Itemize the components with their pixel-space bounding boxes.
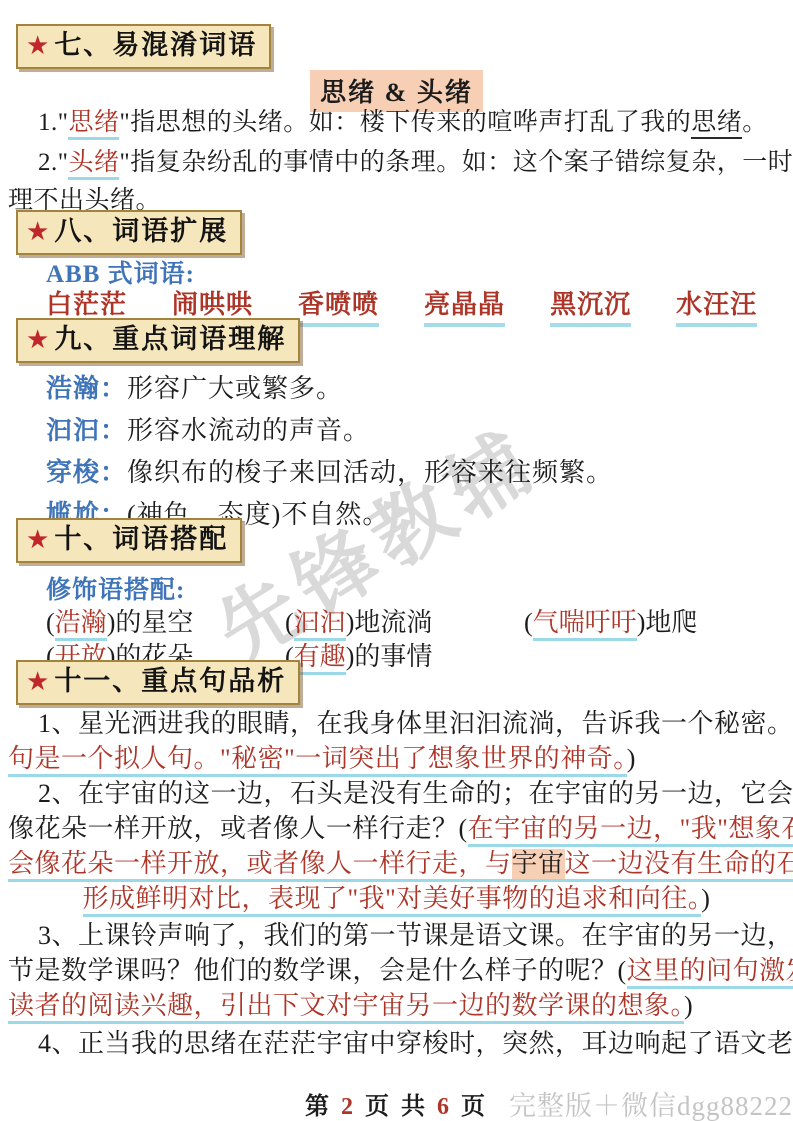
sentence-line: 3、上课铃声响了，我们的第一节课是语文课。在宇宙的另一边，第一 [8, 919, 785, 953]
text-segment: 1、星光洒进我的眼睛，在我身体里汩汩流淌，告诉我一个秘密。( [38, 709, 793, 738]
abb-word: 黑沉沉 [550, 284, 631, 327]
sentence-line: 节是数学课吗？他们的数学课，会是什么样子的呢？(这里的问句激发了 [8, 954, 785, 988]
star-icon: ★ [26, 667, 51, 696]
text-segment: 页 共 [356, 1094, 437, 1120]
match-pair: (有趣)的事情 [285, 636, 432, 673]
text-segment: 页 [452, 1094, 488, 1120]
abb-word: 亮晶晶 [424, 284, 505, 327]
text-segment: ( [524, 608, 533, 637]
definition-term: 穿梭： [46, 458, 127, 487]
sentence-line: 会像花朵一样开放，或者像人一样行走，与宇宙这一边没有生命的石头 [8, 847, 785, 881]
match-row: (浩瀚)的星空 (汩汩)地流淌 (气喘吁吁)地爬 [46, 602, 785, 639]
match-pair: (汩汩)地流淌 [285, 602, 524, 639]
abb-word: 香喷喷 [298, 284, 379, 327]
star-icon: ★ [26, 525, 51, 554]
definition-text: 形容水流动的声音。 [127, 416, 370, 445]
section-title-seven: 七、易混淆词语 [54, 30, 257, 60]
section-header-eleven: ★十一、重点句品析 [16, 660, 300, 705]
text-segment: 4、正当我的思绪在茫茫宇宙中穿梭时，突然，耳边响起了语文老师的 [38, 1029, 793, 1058]
text-segment: 思绪 [691, 109, 742, 139]
sentence-line: 像花朵一样开放，或者像人一样行走？(在宇宙的另一边，"我"想象石头 [8, 812, 785, 846]
text-segment: )的事情 [346, 642, 433, 671]
section-header-ten: ★十、词语搭配 [16, 518, 242, 563]
text-segment: 在宇宙的另一边，"我"想象石头 [468, 814, 793, 847]
match-label: 修饰语搭配: [46, 570, 185, 606]
definition-row: 穿梭：像织布的梭子来回活动，形容来往频繁。 [46, 452, 613, 489]
text-segment: )地爬 [637, 608, 698, 637]
text-segment: )的星空 [107, 608, 194, 637]
section-header-eight: ★八、词语扩展 [16, 210, 242, 255]
match-pair: (气喘吁吁)地爬 [524, 602, 697, 639]
text-segment: ( [285, 608, 294, 637]
section-title-ten: 十、词语搭配 [54, 524, 228, 554]
text-segment: "指复杂纷乱的事情中的条理。如：这个案子错综复杂，一时还 [119, 149, 793, 176]
text-segment: 6 [437, 1094, 452, 1120]
abb-word: 水汪汪 [676, 284, 757, 327]
text-segment: )地流淌 [346, 608, 433, 637]
match-pair: (浩瀚)的星空 [46, 602, 285, 639]
sentence-line: 2、在宇宙的这一边，石头是没有生命的；在宇宙的另一边，它会不会 [8, 777, 785, 811]
definition-row: 浩瀚：形容广大或繁多。 [46, 368, 343, 405]
section-title-eight: 八、词语扩展 [54, 216, 228, 246]
text-segment: 2." [38, 149, 68, 176]
text-segment: ( [46, 608, 55, 637]
definition-text: 像织布的梭子来回活动，形容来往频繁。 [127, 458, 613, 487]
text-segment: 3、上课铃声响了，我们的第一节课是语文课。在宇宙的另一边，第一 [38, 921, 793, 950]
text-segment: ) [627, 744, 636, 773]
section-header-seven: ★七、易混淆词语 [16, 24, 271, 69]
text-segment: "指思想的头绪。如：楼下传来的喧哗声打乱了我的 [119, 109, 691, 136]
confuse-line: 2."头绪"指复杂纷乱的事情中的条理。如：这个案子错综复杂，一时还 [8, 146, 785, 180]
sentence-line: 4、正当我的思绪在茫茫宇宙中穿梭时，突然，耳边响起了语文老师的 [8, 1027, 785, 1061]
definition-term: 浩瀚： [46, 374, 127, 403]
text-segment: 1." [38, 109, 68, 136]
star-icon: ★ [26, 325, 51, 354]
text-segment: 2、在宇宙的这一边，石头是没有生命的；在宇宙的另一边，它会不会 [38, 779, 793, 808]
text-segment: 。 [742, 109, 768, 136]
text-segment: 第 [305, 1094, 341, 1120]
section-title-nine: 九、重点词语理解 [54, 324, 286, 354]
text-segment: 节是数学课吗？他们的数学课，会是什么样子的呢？( [8, 956, 627, 985]
sentence-line: 读者的阅读兴趣，引出下文对宇宙另一边的数学课的想象。) [8, 989, 785, 1023]
text-segment: 读者的阅读兴趣，引出下文对宇宙另一边的数学课的想象。 [8, 991, 684, 1024]
star-icon: ★ [26, 217, 51, 246]
sentence-line: 形成鲜明对比，表现了"我"对美好事物的追求和向往。) [8, 882, 785, 916]
section-header-nine: ★九、重点词语理解 [16, 318, 300, 363]
text-segment: ) [684, 991, 693, 1020]
section-title-eleven: 十一、重点句品析 [54, 666, 286, 696]
text-segment: 这一边没有生命的石头 [565, 849, 793, 882]
sentence-line: 句是一个拟人句。"秘密"一词突出了想象世界的神奇。) [8, 742, 785, 776]
text-segment: 2 [341, 1094, 356, 1120]
text-segment: 像花朵一样开放，或者像人一样行走？( [8, 814, 468, 843]
footer-watermark: 完整版＋微信dgg88222 [509, 1084, 793, 1121]
text-segment: 句是一个拟人句。"秘密"一词突出了想象世界的神奇。 [8, 744, 627, 777]
text-segment: 有趣 [294, 642, 346, 675]
star-icon: ★ [26, 31, 51, 60]
definition-text: 形容广大或繁多。 [127, 374, 343, 403]
definition-row: 汩汩：形容水流动的声音。 [46, 410, 370, 447]
sentence-line: 1、星光洒进我的眼睛，在我身体里汩汩流淌，告诉我一个秘密。(该 [8, 707, 785, 741]
text-segment: ) [701, 884, 710, 913]
text-segment: 形成鲜明对比，表现了"我"对美好事物的追求和向往。 [83, 884, 702, 917]
text-segment: 这里的问句激发了 [627, 956, 793, 989]
text-segment: 思绪 [68, 109, 119, 140]
text-segment: 会像花朵一样开放，或者像人一样行走，与 [8, 849, 512, 882]
definition-term: 汩汩： [46, 416, 127, 445]
confuse-line: 1."思绪"指思想的头绪。如：楼下传来的喧哗声打乱了我的思绪。 [8, 106, 785, 140]
text-segment: 宇宙 [512, 849, 565, 882]
text-segment: 头绪 [68, 149, 119, 180]
